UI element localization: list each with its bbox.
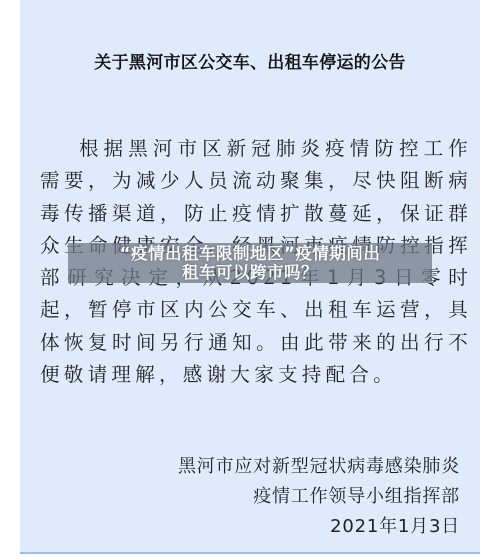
caption-line-2: 租车可以跨市吗？ — [60, 263, 440, 282]
card-bottom-divider — [20, 552, 480, 554]
notice-title: 关于黑河市区公交车、出租车停运的公告 — [0, 48, 500, 73]
notice-signature: 黑河市应对新型冠状病毒感染肺炎 疫情工作领导小组指挥部 2021年1月3日 — [178, 452, 460, 542]
caption-line-1: “疫情出租车限制地区”疫情期间出 — [60, 244, 440, 263]
signature-line-1: 黑河市应对新型冠状病毒感染肺炎 — [178, 452, 460, 482]
caption-overlay-text[interactable]: “疫情出租车限制地区”疫情期间出 租车可以跨市吗？ — [60, 244, 440, 282]
signature-date: 2021年1月3日 — [178, 512, 460, 542]
signature-line-2: 疫情工作领导小组指挥部 — [178, 482, 460, 512]
